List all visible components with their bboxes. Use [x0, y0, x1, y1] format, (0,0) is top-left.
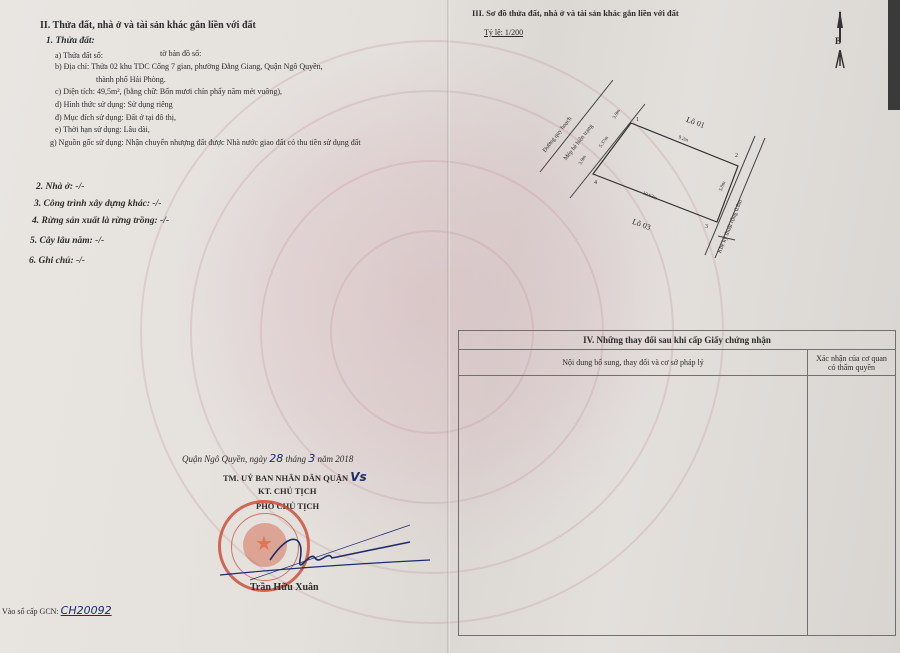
gcn-registry: Vào sổ cấp GCN: CH20092 — [2, 604, 112, 617]
date-month: 3 — [308, 452, 315, 465]
changes-confirmation-cell — [808, 376, 896, 636]
notes-item: 6. Ghi chú: -/- — [29, 256, 85, 266]
date-day: 28 — [269, 452, 283, 465]
place-date: Quận Ngô Quyền, ngày 28 tháng 3 năm 2018 — [182, 452, 353, 465]
usage-origin: g) Nguồn gốc sử dụng: Nhận chuyển nhượng… — [50, 138, 361, 147]
signer-title-1: KT. CHỦ TỊCH — [258, 486, 317, 496]
point-1: 1 — [636, 117, 639, 123]
perennial-trees-item: 5. Cây lâu năm: -/- — [30, 236, 104, 246]
section-ii-title: II. Thửa đất, nhà ở và tài sản khác gắn … — [40, 20, 256, 31]
issuing-org: TM. UỶ BAN NHÂN DÂN QUẬN Vs — [223, 470, 367, 484]
land-parcel-number: a) Thửa đất số: — [55, 51, 103, 60]
changes-column-content: Nội dung bổ sung, thay đổi và cơ sở pháp… — [459, 350, 808, 376]
address-city: thành phố Hải Phòng. — [96, 75, 166, 84]
month-label: tháng — [286, 454, 307, 464]
point-3: 3 — [705, 224, 708, 230]
issuing-org-handwritten: Vs — [350, 470, 366, 484]
map-sheet-number: tờ bản đồ số: — [160, 49, 201, 58]
gcn-label: Vào sổ cấp GCN: — [2, 607, 59, 616]
page-fold — [447, 0, 450, 653]
north-label: B — [835, 36, 841, 46]
land-plot-diagram — [530, 80, 790, 260]
place-date-prefix: Quận Ngô Quyền, ngày — [182, 454, 267, 464]
usage-form: d) Hình thức sử dụng: Sử dụng riêng — [55, 100, 173, 109]
changes-table-title: IV. Những thay đổi sau khi cấp Giấy chứn… — [459, 331, 896, 350]
issuing-org-text: TM. UỶ BAN NHÂN DÂN QUẬN — [223, 473, 348, 483]
land-heading: 1. Thửa đất: — [46, 36, 95, 46]
usage-term: e) Thời hạn sử dụng: Lâu dài, — [55, 125, 150, 134]
changes-content-cell — [459, 376, 808, 636]
section-iii-title: III. Sơ đồ thửa đất, nhà ở và tài sản kh… — [472, 8, 679, 18]
map-scale: Tỷ lệ: 1/200 — [484, 28, 523, 37]
date-year: năm 2018 — [318, 454, 354, 464]
forest-item: 4. Rừng sản xuất là rừng trồng: -/- — [32, 216, 169, 226]
gcn-number: CH20092 — [61, 604, 112, 617]
other-construction-item: 3. Công trình xây dựng khác: -/- — [34, 199, 161, 209]
usage-purpose: đ) Mục đích sử dụng: Đất ở tại đô thị, — [55, 113, 176, 122]
address: b) Địa chỉ: Thửa 02 khu TDC Cống 7 gian,… — [55, 62, 323, 71]
point-4: 4 — [594, 180, 597, 186]
house-item: 2. Nhà ở: -/- — [36, 182, 84, 192]
confirmation-header-line2: có thẩm quyền — [808, 363, 895, 372]
background-edge — [888, 0, 900, 110]
signer-name: Trần Hữu Xuân — [250, 582, 319, 593]
point-2: 2 — [735, 153, 738, 159]
handwritten-signature — [210, 520, 440, 590]
land-area: c) Diện tích: 49,5m², (bằng chữ: Bốn mươ… — [55, 87, 282, 96]
changes-table: IV. Những thay đổi sau khi cấp Giấy chứn… — [458, 330, 896, 636]
changes-column-confirmation: Xác nhận của cơ quan có thẩm quyền — [808, 350, 896, 376]
confirmation-header-line1: Xác nhận của cơ quan — [808, 354, 895, 363]
